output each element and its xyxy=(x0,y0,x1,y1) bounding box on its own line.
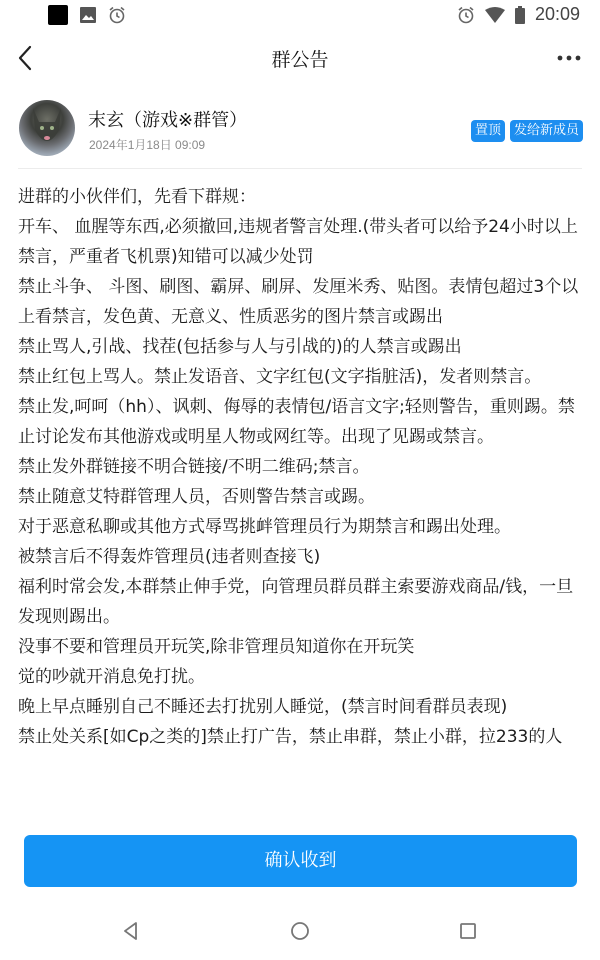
square-recents-icon xyxy=(457,920,479,942)
tag-group: 置顶 发给新成员 xyxy=(471,120,583,142)
alarm-icon xyxy=(108,6,126,24)
pinned-tag[interactable]: 置顶 xyxy=(471,120,505,142)
circle-home-icon xyxy=(289,920,311,942)
post-timestamp: 2024年1月18日 09:09 xyxy=(89,136,205,153)
announcement-body[interactable]: 进群的小伙伴们，先看下群规： 开车、 血腥等东西,必须撤回,违规者警言处理.(带… xyxy=(18,182,588,806)
cat-avatar-icon xyxy=(19,100,75,156)
wifi-icon xyxy=(485,7,505,23)
system-recents-button[interactable] xyxy=(457,920,479,942)
system-back-button[interactable] xyxy=(120,920,142,942)
announcement-paragraph: 禁止处关系[如Cp之类的]禁止打广告，禁止串群，禁止小群，拉233的人 xyxy=(18,722,588,752)
triangle-back-icon xyxy=(120,920,142,942)
avatar[interactable] xyxy=(19,100,75,156)
announcement-paragraph: 福利时常会发,本群禁止伸手党，向管理员群员群主索要游戏商品/钱，一旦发现则踢出。 xyxy=(18,572,588,632)
status-left-icons xyxy=(48,5,126,25)
battery-icon xyxy=(515,6,525,24)
announcement-paragraph: 禁止发,呵呵（hh）、讽刺、侮辱的表情包/语言文字;轻则警告，重则踢。禁止讨论发… xyxy=(18,392,588,452)
notification-square-icon xyxy=(48,5,68,25)
announcement-paragraph: 开车、 血腥等东西,必须撤回,违规者警言处理.(带头者可以给予24小时以上禁言，… xyxy=(18,212,588,272)
divider xyxy=(18,168,582,169)
announcement-paragraph: 禁止斗争、 斗图、刷图、霸屏、刷屏、发厘米秀、贴图。表情包超过3个以上看禁言，发… xyxy=(18,272,588,332)
announcement-paragraph: 禁止随意艾特群管理人员，否则警告禁言或踢。 xyxy=(18,482,588,512)
announcement-paragraph: 晚上早点睡别自己不睡还去打扰别人睡觉，(禁言时间看群员表现) xyxy=(18,692,588,722)
system-nav-bar xyxy=(0,900,600,960)
more-button[interactable] xyxy=(556,50,582,66)
status-bar: 20:09 xyxy=(0,0,600,30)
system-home-button[interactable] xyxy=(289,920,311,942)
author-row: 末玄（游戏※群管） 2024年1月18日 09:09 置顶 发给新成员 xyxy=(0,96,600,162)
status-right-icons: 20:09 xyxy=(457,4,580,25)
confirm-received-button[interactable]: 确认收到 xyxy=(24,835,577,887)
author-name: 末玄（游戏※群管） xyxy=(88,106,247,132)
status-time: 20:09 xyxy=(535,4,580,25)
announcement-paragraph: 禁止骂人,引战、找茬(包括参与人与引战的)的人禁言或踢出 xyxy=(18,332,588,362)
announcement-paragraph: 觉的吵就开消息免打扰。 xyxy=(18,662,588,692)
nav-bar: 群公告 xyxy=(0,30,600,86)
more-dots-icon xyxy=(556,50,582,66)
alarm-icon xyxy=(457,6,475,24)
announcement-paragraph: 禁止红包上骂人。禁止发语音、文字红包(文字指脏活)，发者则禁言。 xyxy=(18,362,588,392)
page-title: 群公告 xyxy=(0,45,600,72)
send-to-new-members-tag[interactable]: 发给新成员 xyxy=(510,120,583,142)
announcement-paragraph: 进群的小伙伴们，先看下群规： xyxy=(18,182,588,212)
announcement-paragraph: 对于恶意私聊或其他方式辱骂挑衅管理员行为期禁言和踢出处理。 xyxy=(18,512,588,542)
announcement-paragraph: 被禁言后不得轰炸管理员(违者则查接飞) xyxy=(18,542,588,572)
announcement-paragraph: 禁止发外群链接不明合链接/不明二维码;禁言。 xyxy=(18,452,588,482)
announcement-paragraph: 没事不要和管理员开玩笑,除非管理员知道你在开玩笑 xyxy=(18,632,588,662)
image-icon xyxy=(80,7,96,23)
